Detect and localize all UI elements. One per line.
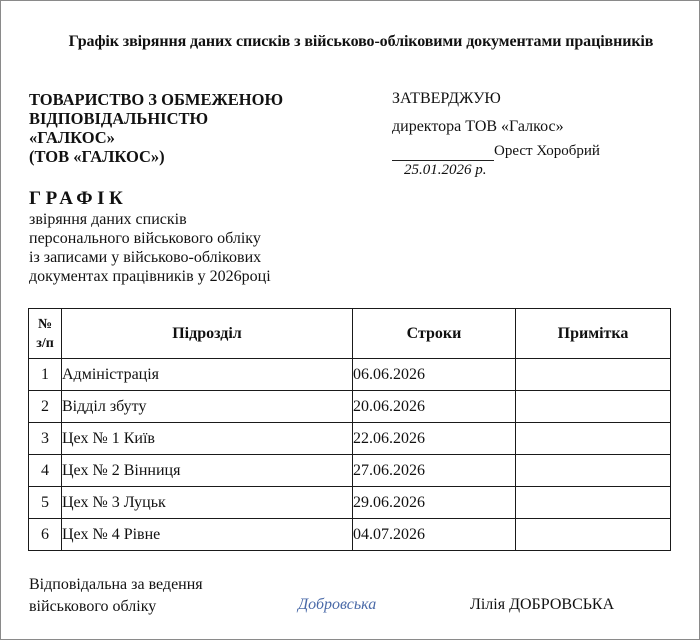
responsible-label-line: Відповідальна за ведення [29, 574, 203, 596]
schedule-description-line: звіряння даних списків [29, 210, 271, 229]
table-row: 4Цех № 2 Вінниця27.06.2026 [29, 455, 671, 487]
organization-line: (ТОВ «ГАЛКОС») [29, 147, 283, 166]
row-note [516, 519, 671, 551]
approval-signature-line [392, 143, 494, 161]
row-note [516, 455, 671, 487]
row-note [516, 423, 671, 455]
header-number-abbrev: з/п [36, 336, 54, 351]
organization-name: ТОВАРИСТВО З ОБМЕЖЕНОЮ ВІДПОВІДАЛЬНІСТЮ … [29, 90, 283, 166]
table-header-row: № з/п Підрозділ Строки Примітка [29, 309, 671, 359]
schedule-description-line: із записами у військово-облікових [29, 248, 271, 267]
organization-line: ВІДПОВІДАЛЬНІСТЮ [29, 109, 283, 128]
schedule-description: звіряння даних списків персонального вій… [29, 210, 271, 286]
approval-name: Орест Хоробрий [494, 143, 600, 160]
header-department: Підрозділ [62, 309, 353, 359]
organization-line: «ГАЛКОС» [29, 128, 283, 147]
approval-title: ЗАТВЕРДЖУЮ [392, 90, 501, 108]
row-note [516, 359, 671, 391]
document-title: Графік звіряння даних списків з військов… [1, 33, 700, 51]
row-number: 5 [29, 487, 62, 519]
row-department: Цех № 1 Київ [62, 423, 353, 455]
row-department: Цех № 2 Вінниця [62, 455, 353, 487]
row-term: 20.06.2026 [353, 391, 516, 423]
table-row: 5Цех № 3 Луцьк29.06.2026 [29, 487, 671, 519]
organization-line: ТОВАРИСТВО З ОБМЕЖЕНОЮ [29, 90, 283, 109]
row-number: 3 [29, 423, 62, 455]
table-row: 2Відділ збуту20.06.2026 [29, 391, 671, 423]
row-number: 2 [29, 391, 62, 423]
schedule-description-line: документах працівників у 2026році [29, 267, 271, 286]
row-term: 04.07.2026 [353, 519, 516, 551]
table-row: 3Цех № 1 Київ22.06.2026 [29, 423, 671, 455]
document-page: Графік звіряння даних списків з військов… [0, 0, 700, 640]
row-number: 6 [29, 519, 62, 551]
row-department: Цех № 4 Рівне [62, 519, 353, 551]
header-number: № з/п [29, 309, 62, 359]
approval-date: 25.01.2026 р. [404, 162, 487, 179]
schedule-heading: ГРАФІК [29, 188, 127, 210]
row-number: 1 [29, 359, 62, 391]
row-note [516, 391, 671, 423]
table-row: 1Адміністрація06.06.2026 [29, 359, 671, 391]
row-department: Відділ збуту [62, 391, 353, 423]
row-term: 29.06.2026 [353, 487, 516, 519]
responsible-label: Відповідальна за ведення військового обл… [29, 574, 203, 618]
row-note [516, 487, 671, 519]
responsible-signature: Добровська [298, 596, 376, 614]
row-number: 4 [29, 455, 62, 487]
row-department: Адміністрація [62, 359, 353, 391]
approval-position: директора ТОВ «Галкос» [392, 118, 564, 136]
table-row: 6Цех № 4 Рівне04.07.2026 [29, 519, 671, 551]
row-term: 27.06.2026 [353, 455, 516, 487]
row-term: 22.06.2026 [353, 423, 516, 455]
row-department: Цех № 3 Луцьк [62, 487, 353, 519]
row-term: 06.06.2026 [353, 359, 516, 391]
responsible-name: Лілія ДОБРОВСЬКА [470, 596, 614, 614]
header-note: Примітка [516, 309, 671, 359]
table-body: 1Адміністрація06.06.20262Відділ збуту20.… [29, 359, 671, 551]
header-number-symbol: № [38, 317, 52, 332]
schedule-table: № з/п Підрозділ Строки Примітка 1Адмініс… [28, 308, 671, 551]
responsible-label-line: військового обліку [29, 596, 203, 618]
header-term: Строки [353, 309, 516, 359]
schedule-description-line: персонального військового обліку [29, 229, 271, 248]
